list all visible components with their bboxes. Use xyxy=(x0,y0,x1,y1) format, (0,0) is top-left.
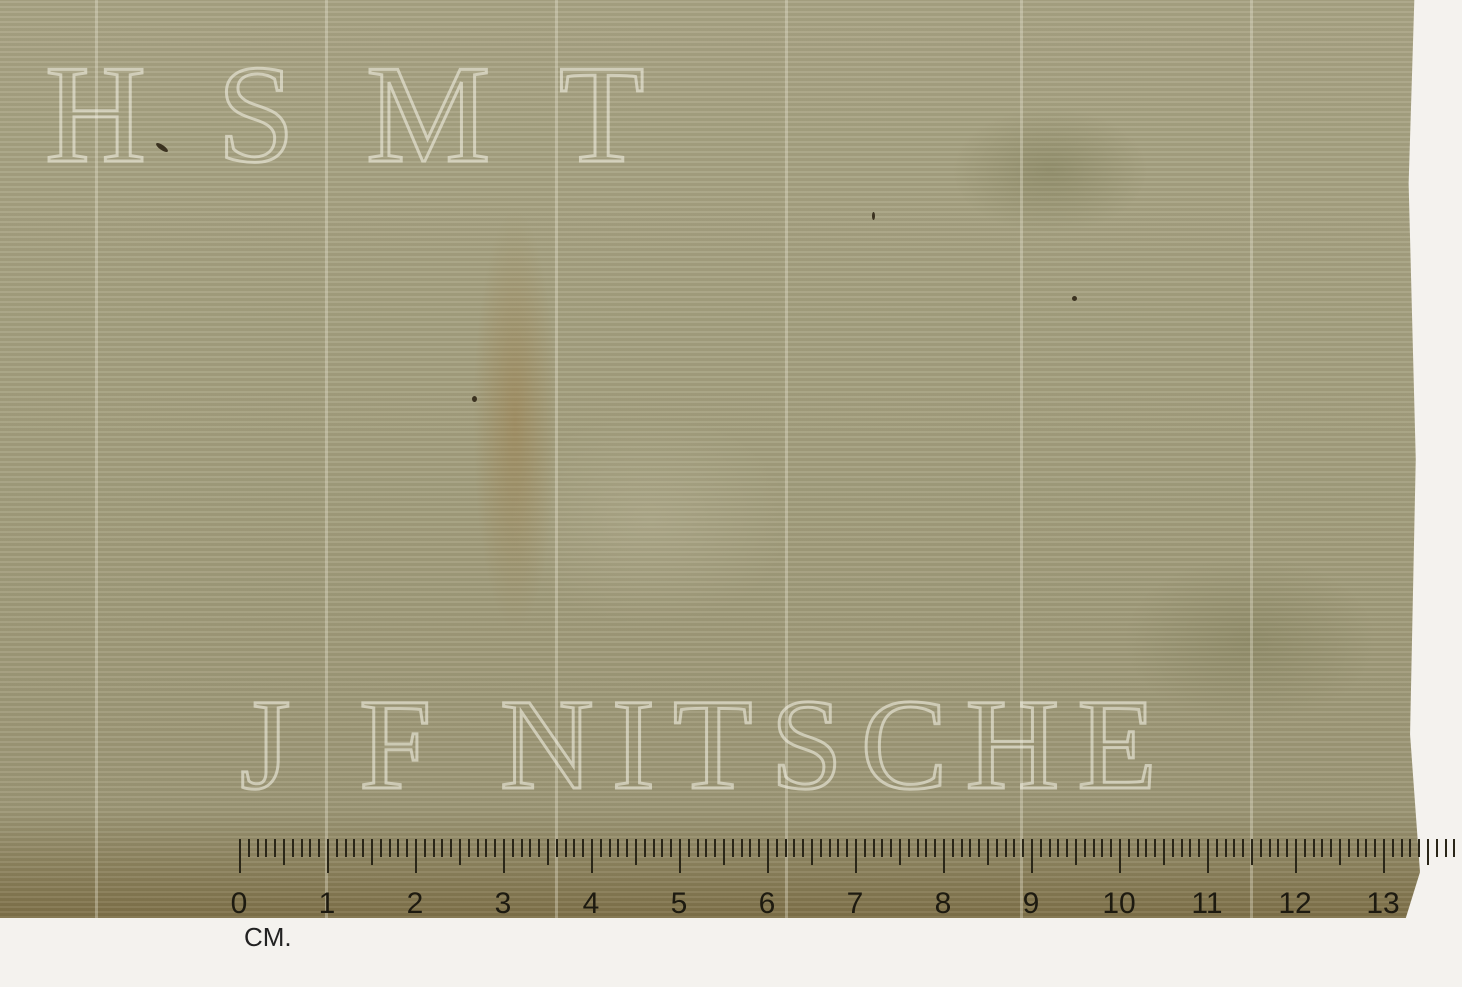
ruler-tick xyxy=(881,839,883,857)
ruler-tick xyxy=(943,839,945,873)
ruler-tick xyxy=(697,839,699,857)
ruler-tick xyxy=(521,839,523,857)
ruler-tick xyxy=(811,839,813,865)
ruler-tick xyxy=(424,839,426,857)
ruler-tick xyxy=(873,839,875,857)
ruler-tick xyxy=(617,839,619,857)
ruler-tick xyxy=(1374,839,1376,857)
ruler-tick xyxy=(846,839,848,857)
ruler-tick xyxy=(1339,839,1341,865)
ruler-tick xyxy=(459,839,461,865)
ruler-label: 8 xyxy=(935,887,952,921)
ruler-tick xyxy=(855,839,857,873)
ruler-tick xyxy=(749,839,751,857)
ruler-tick xyxy=(327,839,329,873)
ruler-tick xyxy=(1409,839,1411,857)
ruler-tick xyxy=(529,839,531,857)
ruler-tick xyxy=(1330,839,1332,857)
watermark-bottom: J F NITSCHE xyxy=(240,680,1175,810)
ruler-tick xyxy=(1189,839,1191,857)
ruler-tick xyxy=(547,839,549,865)
ruler-tick xyxy=(609,839,611,857)
ruler-tick xyxy=(996,839,998,857)
ruler-tick xyxy=(644,839,646,857)
ruler-tick xyxy=(1445,839,1447,857)
ruler-tick xyxy=(283,839,285,865)
ruler-tick xyxy=(248,839,250,857)
ruler-tick xyxy=(292,839,294,857)
ruler-tick xyxy=(591,839,593,873)
ruler-tick xyxy=(1277,839,1279,857)
ruler-tick xyxy=(1295,839,1297,873)
ruler-tick xyxy=(1031,839,1033,873)
ruler-tick xyxy=(1436,839,1438,857)
ruler-tick xyxy=(485,839,487,857)
ruler-label: 2 xyxy=(407,887,424,921)
ruler-tick xyxy=(397,839,399,857)
ruler-label: 4 xyxy=(583,887,600,921)
ruler-tick xyxy=(1066,839,1068,857)
ruler-tick xyxy=(732,839,734,857)
ruler-tick xyxy=(415,839,417,873)
ruler-tick xyxy=(1392,839,1394,857)
ruler-tick xyxy=(1216,839,1218,857)
ruler-tick xyxy=(1084,839,1086,857)
ruler-tick xyxy=(573,839,575,857)
ruler-tick xyxy=(1269,839,1271,857)
ruler-tick xyxy=(969,839,971,857)
ruler-tick xyxy=(1242,839,1244,857)
ruler-tick xyxy=(793,839,795,857)
ruler-tick xyxy=(1110,839,1112,857)
ruler-tick xyxy=(626,839,628,857)
ruler-tick xyxy=(785,839,787,857)
ruler-tick xyxy=(961,839,963,857)
ruler-tick xyxy=(741,839,743,857)
ruler-tick xyxy=(406,839,408,857)
ruler-tick xyxy=(441,839,443,857)
ruler-tick xyxy=(705,839,707,857)
ruler-tick xyxy=(670,839,672,857)
ruler-tick xyxy=(494,839,496,857)
ruler-tick xyxy=(714,839,716,857)
ruler-tick xyxy=(600,839,602,857)
ruler-tick xyxy=(1304,839,1306,857)
ruler-tick xyxy=(1313,839,1315,857)
ruler-tick xyxy=(1198,839,1200,857)
ruler-tick xyxy=(925,839,927,857)
ruler-tick xyxy=(538,839,540,857)
ruler-tick xyxy=(653,839,655,857)
foxing-speck xyxy=(872,212,875,220)
ruler-tick xyxy=(635,839,637,865)
ruler-tick xyxy=(1049,839,1051,857)
ruler-tick xyxy=(1075,839,1077,865)
ruler-label: 0 xyxy=(231,887,248,921)
ruler-tick xyxy=(1128,839,1130,857)
ruler-tick xyxy=(1401,839,1403,857)
ruler-label: 5 xyxy=(671,887,688,921)
ruler-tick xyxy=(1040,839,1042,857)
ruler-tick xyxy=(1251,839,1253,865)
ruler-tick xyxy=(890,839,892,857)
ruler-tick xyxy=(978,839,980,857)
ruler-tick xyxy=(952,839,954,857)
ruler-tick xyxy=(336,839,338,857)
ruler-tick xyxy=(371,839,373,865)
ruler-tick xyxy=(1181,839,1183,857)
ruler-tick xyxy=(1365,839,1367,857)
ruler-label: 11 xyxy=(1191,887,1222,921)
ruler-tick xyxy=(1005,839,1007,857)
ruler-tick xyxy=(679,839,681,873)
ruler-label: 3 xyxy=(495,887,512,921)
ruler-tick xyxy=(556,839,558,857)
ruler-tick xyxy=(582,839,584,857)
ruler-tick xyxy=(345,839,347,857)
ruler-tick xyxy=(1022,839,1024,857)
ruler-tick xyxy=(1286,839,1288,857)
ruler-tick xyxy=(987,839,989,865)
ruler-label: 7 xyxy=(847,887,864,921)
ruler-tick xyxy=(1101,839,1103,857)
ruler-tick xyxy=(1418,839,1420,857)
ruler-tick xyxy=(1172,839,1174,857)
ruler-tick xyxy=(934,839,936,857)
ruler-tick xyxy=(1057,839,1059,857)
ruler-tick xyxy=(1207,839,1209,873)
centimeter-ruler: 0123456789101112131 xyxy=(205,835,1462,920)
ruler-tick xyxy=(301,839,303,857)
ruler-label: 6 xyxy=(759,887,776,921)
ruler-tick xyxy=(1163,839,1165,865)
ruler-tick xyxy=(802,839,804,857)
ruler-tick xyxy=(433,839,435,857)
foxing-speck xyxy=(1072,296,1077,301)
ruler-tick xyxy=(776,839,778,857)
ruler-tick xyxy=(864,839,866,857)
ruler-tick xyxy=(318,839,320,857)
ruler-tick xyxy=(512,839,514,857)
ruler-tick xyxy=(1453,839,1455,857)
ruler-tick xyxy=(723,839,725,865)
ruler-tick xyxy=(1225,839,1227,857)
ruler-unit-label: CM. xyxy=(244,922,292,953)
ruler-tick xyxy=(257,839,259,857)
chain-line xyxy=(1250,0,1253,918)
ruler-tick xyxy=(1145,839,1147,857)
ruler-tick xyxy=(565,839,567,857)
ruler-tick xyxy=(917,839,919,857)
ruler-tick xyxy=(908,839,910,857)
ruler-tick xyxy=(820,839,822,857)
ruler-label: 10 xyxy=(1102,887,1135,921)
ruler-tick xyxy=(1357,839,1359,857)
ruler-tick xyxy=(829,839,831,857)
ruler-tick xyxy=(688,839,690,857)
ruler-tick xyxy=(353,839,355,857)
foxing-speck xyxy=(472,396,477,402)
ruler-label: 1 xyxy=(319,887,336,921)
ruler-tick xyxy=(1119,839,1121,873)
ruler-tick xyxy=(767,839,769,873)
ruler-label: 9 xyxy=(1023,887,1040,921)
ruler-tick xyxy=(1013,839,1015,857)
ruler-tick xyxy=(899,839,901,865)
ruler-tick xyxy=(758,839,760,857)
paper-sheet: H S M T J F NITSCHE xyxy=(0,0,1420,918)
ruler-tick xyxy=(380,839,382,857)
ruler-tick xyxy=(1321,839,1323,857)
ruler-tick xyxy=(450,839,452,857)
ruler-tick xyxy=(1260,839,1262,857)
ruler-tick xyxy=(1383,839,1385,873)
ruler-tick xyxy=(239,839,241,873)
ruler-tick xyxy=(1348,839,1350,857)
ruler-tick xyxy=(389,839,391,857)
ruler-tick xyxy=(362,839,364,857)
ruler-tick xyxy=(1427,839,1429,865)
ruler-tick xyxy=(1093,839,1095,857)
ruler-tick xyxy=(503,839,505,873)
watermark-top: H S M T xyxy=(45,45,662,185)
ruler-label: 13 xyxy=(1366,887,1399,921)
ruler-tick xyxy=(265,839,267,857)
ruler-tick xyxy=(468,839,470,857)
ruler-tick xyxy=(661,839,663,857)
ruler-tick xyxy=(1137,839,1139,857)
ruler-tick xyxy=(274,839,276,857)
ruler-tick xyxy=(477,839,479,857)
ruler-tick xyxy=(309,839,311,857)
ruler-tick xyxy=(837,839,839,857)
ruler-tick xyxy=(1154,839,1156,857)
ruler-label: 12 xyxy=(1278,887,1311,921)
ruler-tick xyxy=(1233,839,1235,857)
